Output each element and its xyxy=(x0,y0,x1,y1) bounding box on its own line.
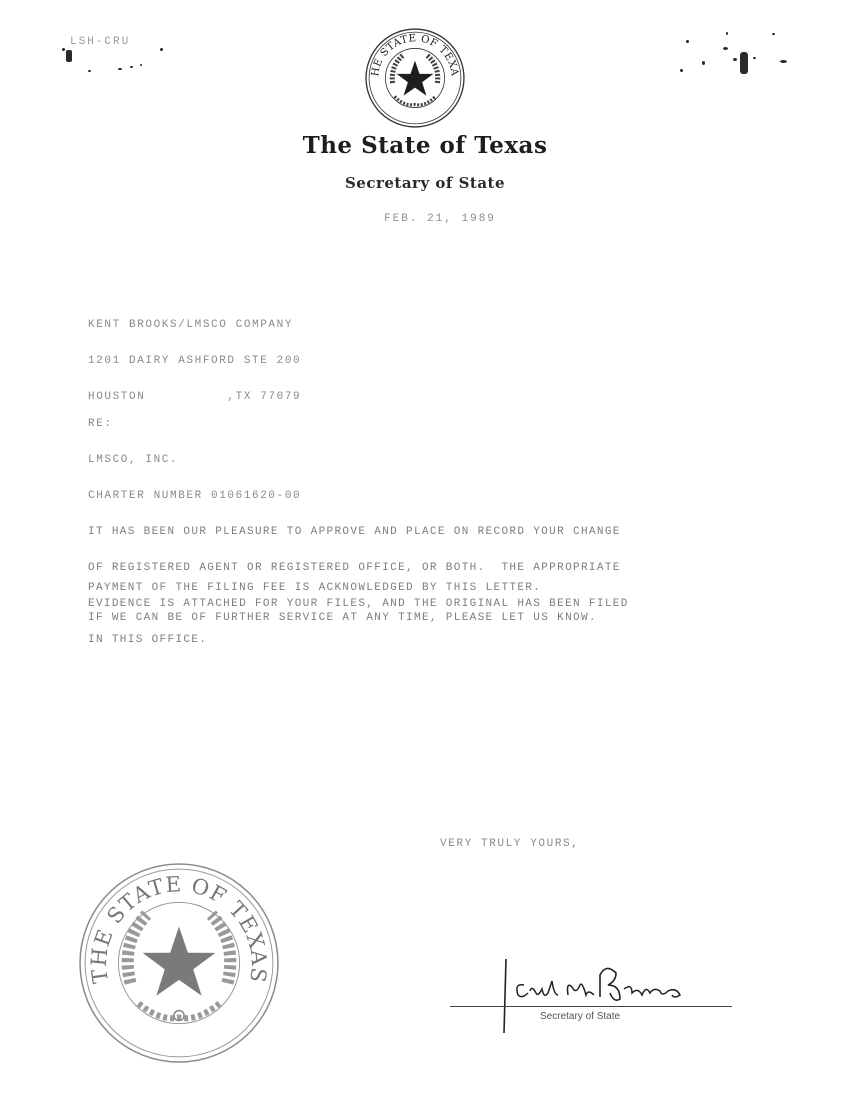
body-line: IN THIS OFFICE. xyxy=(88,634,629,646)
letter-date: FEB. 21, 1989 xyxy=(0,213,850,225)
body-paragraph-2: PAYMENT OF THE FILING FEE IS ACKNOWLEDGE… xyxy=(88,582,541,594)
closing: VERY TRULY YOURS, xyxy=(440,838,579,850)
state-seal-top: THE STATE OF TEXAS xyxy=(364,27,466,129)
reference-block: RE: LMSCO, INC. CHARTER NUMBER 01061620-… xyxy=(88,394,301,514)
reference-label: RE: xyxy=(88,418,301,430)
recipient-line-1: KENT BROOKS/LMSCO COMPANY xyxy=(88,319,301,331)
body-paragraph-1: IT HAS BEEN OUR PLEASURE TO APPROVE AND … xyxy=(88,502,629,658)
signature-block: Secretary of State xyxy=(448,955,738,1045)
svg-text:THE STATE OF TEXAS: THE STATE OF TEXAS xyxy=(364,27,460,77)
corner-code: LSH-CRU xyxy=(70,36,130,48)
letterhead-subtitle: Secretary of State xyxy=(0,174,850,192)
body-line: OF REGISTERED AGENT OR REGISTERED OFFICE… xyxy=(88,562,629,574)
body-paragraph-3: IF WE CAN BE OF FURTHER SERVICE AT ANY T… xyxy=(88,612,597,624)
body-line: EVIDENCE IS ATTACHED FOR YOUR FILES, AND… xyxy=(88,598,629,610)
body-line: IT HAS BEEN OUR PLEASURE TO APPROVE AND … xyxy=(88,526,629,538)
state-seal-bottom: THE STATE OF TEXAS xyxy=(78,862,280,1064)
reference-entity: LMSCO, INC. xyxy=(88,454,301,466)
charter-number: CHARTER NUMBER 01061620-00 xyxy=(88,490,301,502)
handwritten-signature xyxy=(448,955,738,1045)
signature-line xyxy=(450,1006,732,1007)
signature-title: Secretary of State xyxy=(540,1011,620,1022)
recipient-line-2: 1201 DAIRY ASHFORD STE 200 xyxy=(88,355,301,367)
letterhead-title: The State of Texas xyxy=(0,132,850,159)
